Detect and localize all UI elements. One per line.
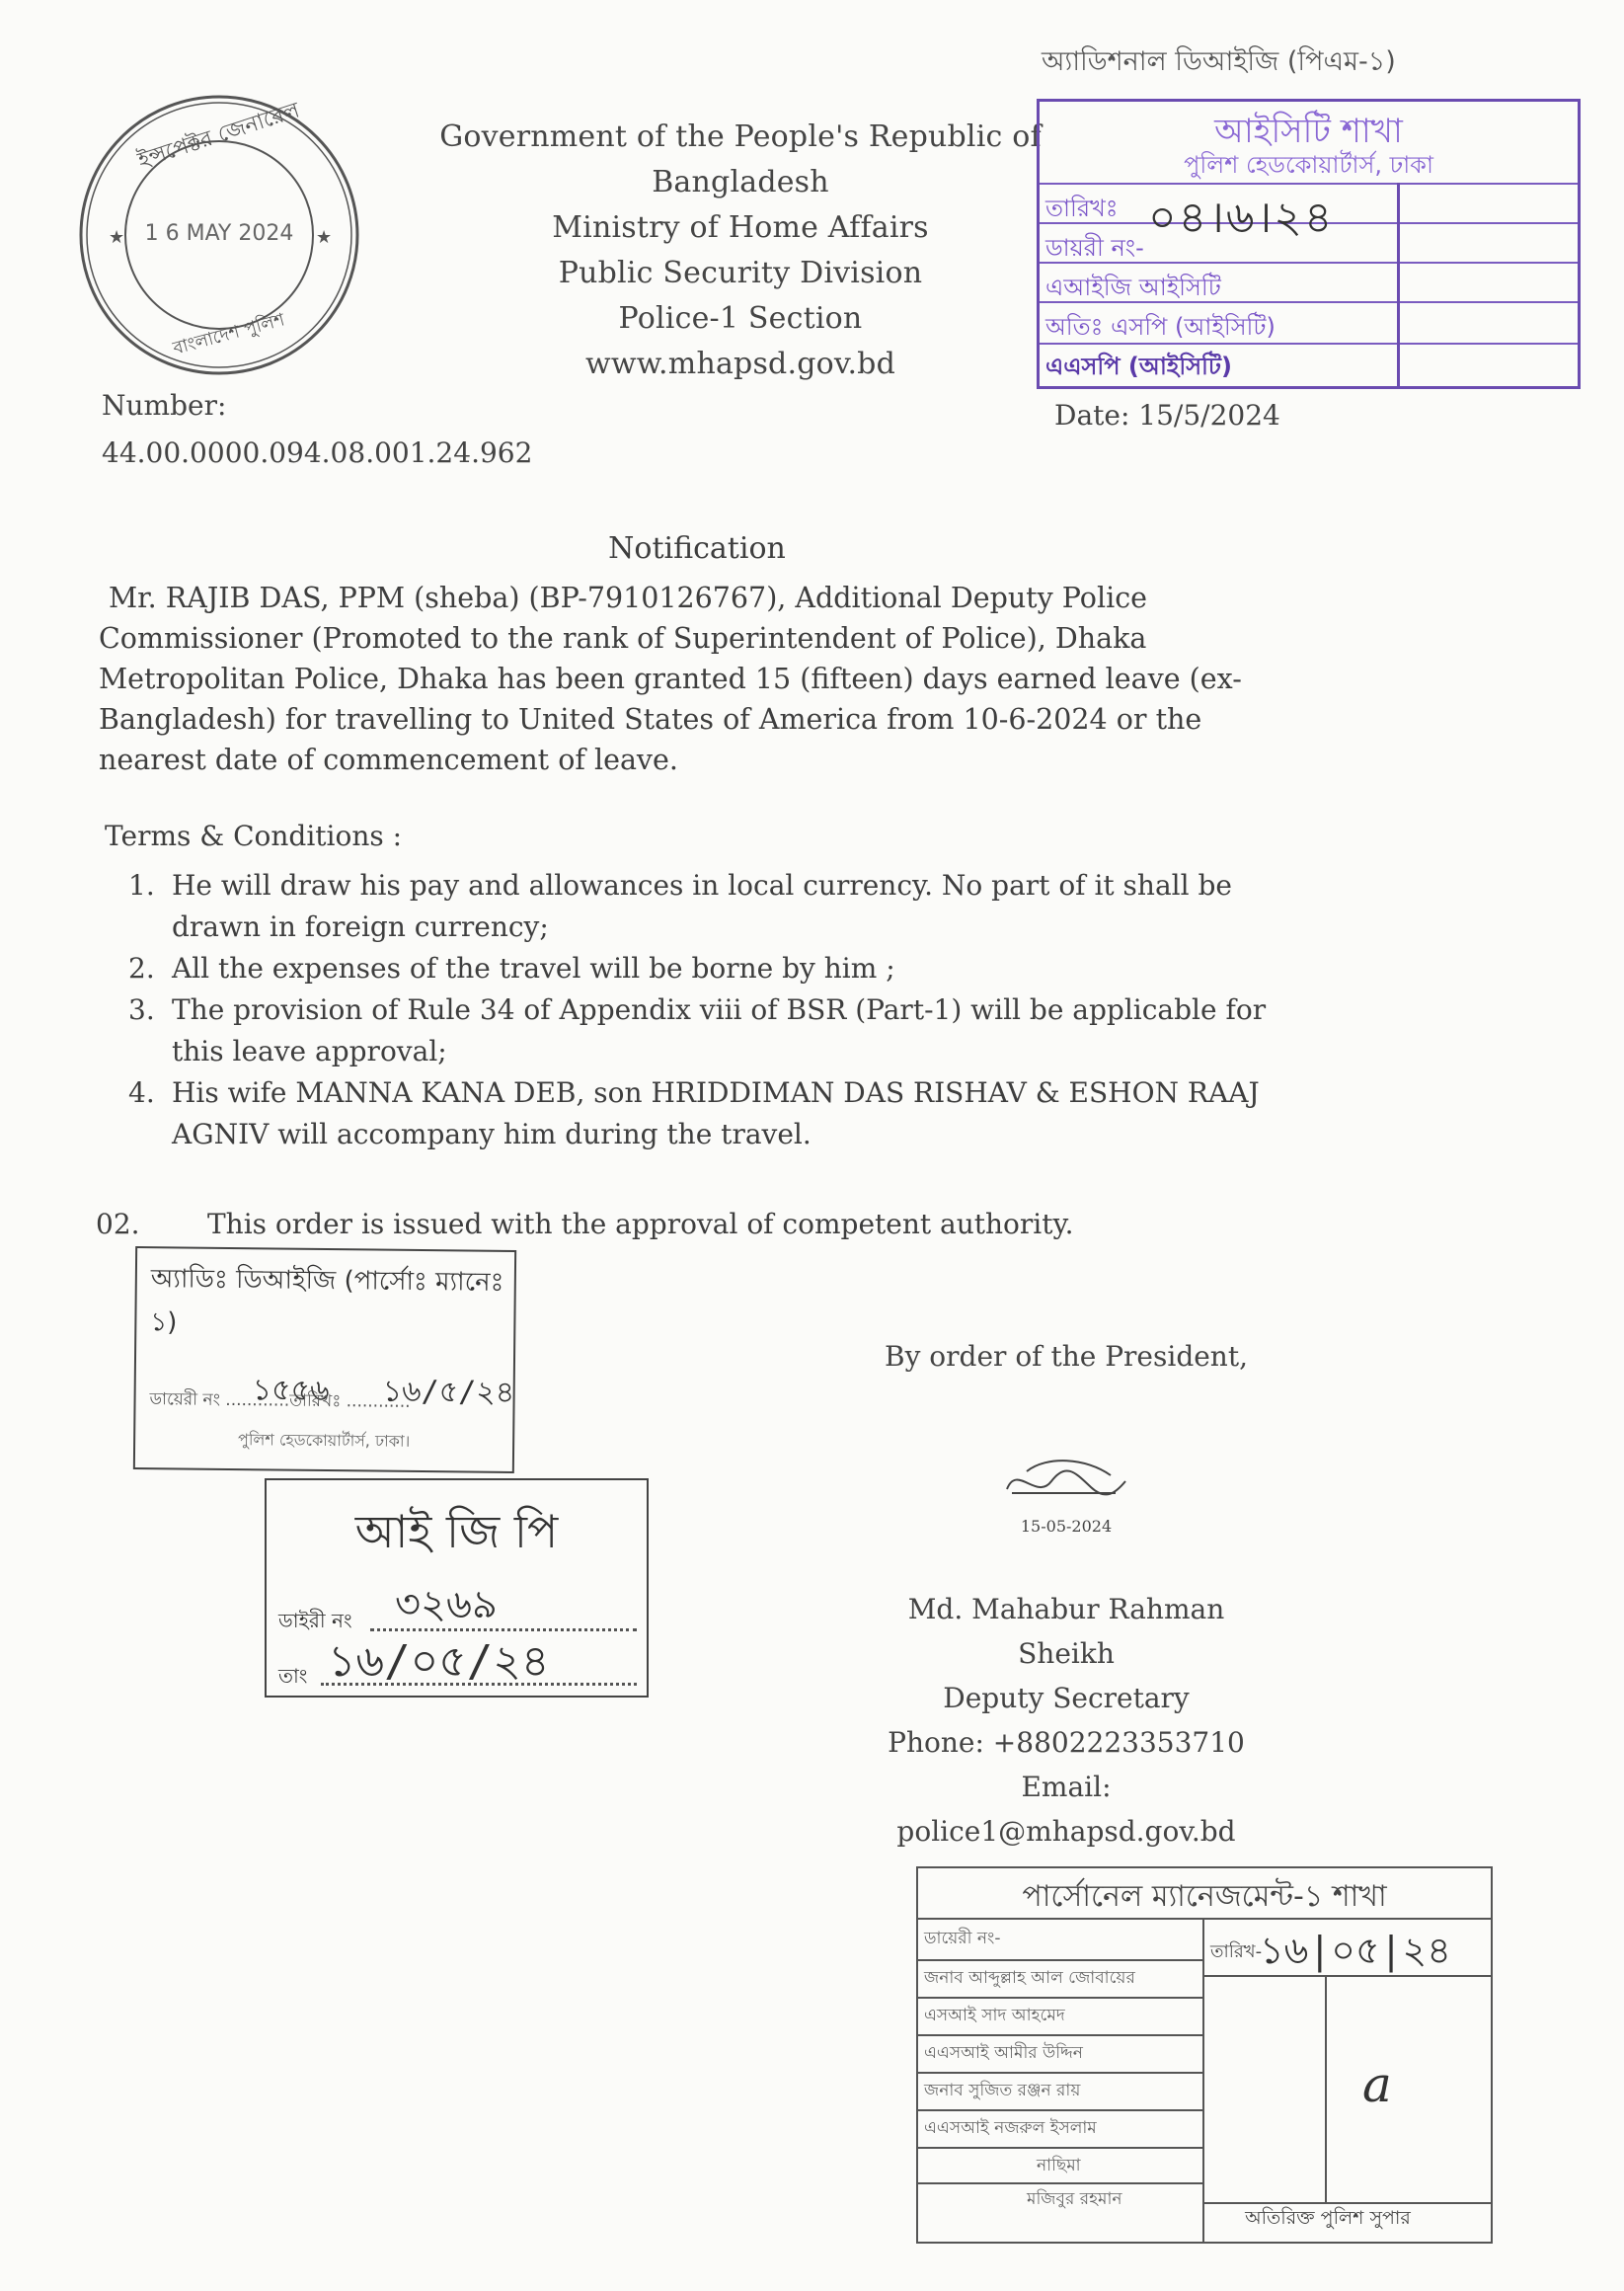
pm-officer: এএসআই আমীর উদ্দিন	[924, 2040, 1083, 2068]
division-name: Public Security Division	[355, 251, 1125, 296]
igp-handwritten-date: ১৬/০৫/২৪	[328, 1628, 549, 1700]
by-order-line: By order of the President,	[829, 1337, 1303, 1377]
pm-date-label: তারিখ-	[1210, 1937, 1262, 1968]
signature-block: By order of the President, 15-05-2024 Md…	[829, 1337, 1303, 1854]
adig-receipt-stamp: অ্যাডিঃ ডিআইজি (পার্সোঃ ম্যানেঃ ১) ১৫৫৬ …	[133, 1246, 516, 1473]
igp-date-label: তাং	[278, 1662, 307, 1695]
terms-heading: Terms & Conditions :	[105, 820, 402, 852]
term-item: 2.All the expenses of the travel will be…	[128, 948, 1313, 989]
adig-stamp-title: অ্যাডিঃ ডিআইজি (পার্সোঃ ম্যানেঃ ১)	[150, 1258, 514, 1349]
signer-phone: Phone: +8802223353710	[829, 1720, 1303, 1765]
ict-row-asp: এএসপি (আইসিটি)	[1045, 349, 1232, 388]
memo-date: Date: 15/5/2024	[1054, 399, 1280, 432]
signer-name-cont: Sheikh	[829, 1631, 1303, 1676]
paragraph-number: 02.	[96, 1208, 140, 1240]
pm-officer: নাছিমা	[1037, 2153, 1081, 2180]
approval-statement: This order is issued with the approval o…	[207, 1208, 1074, 1240]
memo-number: 44.00.0000.094.08.001.24.962	[102, 436, 532, 469]
signer-email-label: Email:	[829, 1765, 1303, 1809]
pm-diary-label: ডায়েরী নং-	[924, 1926, 1001, 1953]
ict-row-aig: এআইজি আইসিটি	[1045, 270, 1221, 309]
term-item: 3.The provision of Rule 34 of Appendix v…	[128, 989, 1313, 1072]
notification-title: Notification	[0, 531, 1394, 566]
signature-date: 15-05-2024	[829, 1517, 1303, 1536]
routing-label: অ্যাডিশনাল ডিআইজি (পিএম-১)	[1042, 41, 1396, 86]
igp-stamp-title: আই জি পি	[267, 1498, 647, 1573]
igp-receipt-stamp: আই জি পি ডাইরী নং ৩২৬৯ তাং ১৬/০৫/২৪	[265, 1478, 649, 1698]
pm-stamp-footer: অতিরিক্ত পুলিশ সুপার	[1165, 2204, 1491, 2236]
pm-officer: এসআই সাদ আহমেদ	[924, 2003, 1065, 2030]
ict-row-date: তারিখঃ	[1045, 191, 1119, 230]
pm-officer: জনাব সুজিত রঞ্জন রায়	[924, 2078, 1080, 2105]
ict-stamp-subtitle: পুলিশ হেডকোয়ার্টার্স, ঢাকা	[1040, 147, 1578, 187]
pm-stamp-title: পার্সোনেল ম্যানেজমেন্ট-১ শাখা	[918, 1872, 1491, 1923]
pm-handwritten-date: ১৬|০৫|২৪	[1260, 1922, 1451, 1985]
pm-officer: জনাব আব্দুল্লাহ আল জোবায়ের	[924, 1965, 1135, 1993]
ict-row-addl-sp: অতিঃ এসপি (আইসিটি)	[1045, 309, 1276, 349]
ict-handwritten-date: ০৪।৬।২৪	[1148, 185, 1334, 257]
government-name: Government of the People's Republic of B…	[355, 115, 1125, 205]
section-name: Police-1 Section	[355, 296, 1125, 342]
term-item: 4.His wife MANNA KANA DEB, son HRIDDIMAN…	[128, 1072, 1313, 1155]
pm-officer: এএসআই নজরুল ইসলাম	[924, 2115, 1097, 2143]
notification-body: Mr. RAJIB DAS, PPM (sheba) (BP-791012676…	[99, 578, 1313, 780]
ict-row-diary: ডায়রী নং-	[1045, 230, 1144, 270]
website-link[interactable]: www.mhapsd.gov.bd	[355, 342, 1125, 387]
personnel-management-stamp: পার্সোনেল ম্যানেজমেন্ট-১ শাখা ডায়েরী নং…	[916, 1866, 1493, 2244]
letterhead: Government of the People's Republic of B…	[355, 115, 1125, 387]
adig-stamp-footer: পুলিশ হেডকোয়ার্টার্স, ঢাকা।	[135, 1426, 512, 1457]
ict-branch-stamp: আইসিটি শাখা পুলিশ হেডকোয়ার্টার্স, ঢাকা …	[1037, 99, 1581, 389]
memo-number-label: Number:	[102, 389, 226, 422]
signer-name: Md. Mahabur Rahman	[829, 1587, 1303, 1631]
term-item: 1.He will draw his pay and allowances in…	[128, 865, 1313, 948]
ministry-name: Ministry of Home Affairs	[355, 205, 1125, 251]
terms-list: 1.He will draw his pay and allowances in…	[128, 865, 1313, 1155]
adig-diary-label: ডায়েরী নং ............তারিখঃ ..........…	[149, 1386, 410, 1417]
signer-email-link[interactable]: police1@mhapsd.gov.bd	[829, 1809, 1303, 1854]
pm-officer: মজিবুর রহমান	[1027, 2186, 1122, 2214]
signer-designation: Deputy Secretary	[829, 1676, 1303, 1720]
seal-date: 1 6 MAY 2024	[71, 221, 367, 246]
signature-icon	[997, 1454, 1135, 1509]
official-seal: ★ ★ ইন্সপেক্টর জেনারেল বাংলাদেশ পুলিশ 1 …	[71, 87, 367, 383]
pm-handwritten-initial: a	[1362, 2056, 1392, 2113]
